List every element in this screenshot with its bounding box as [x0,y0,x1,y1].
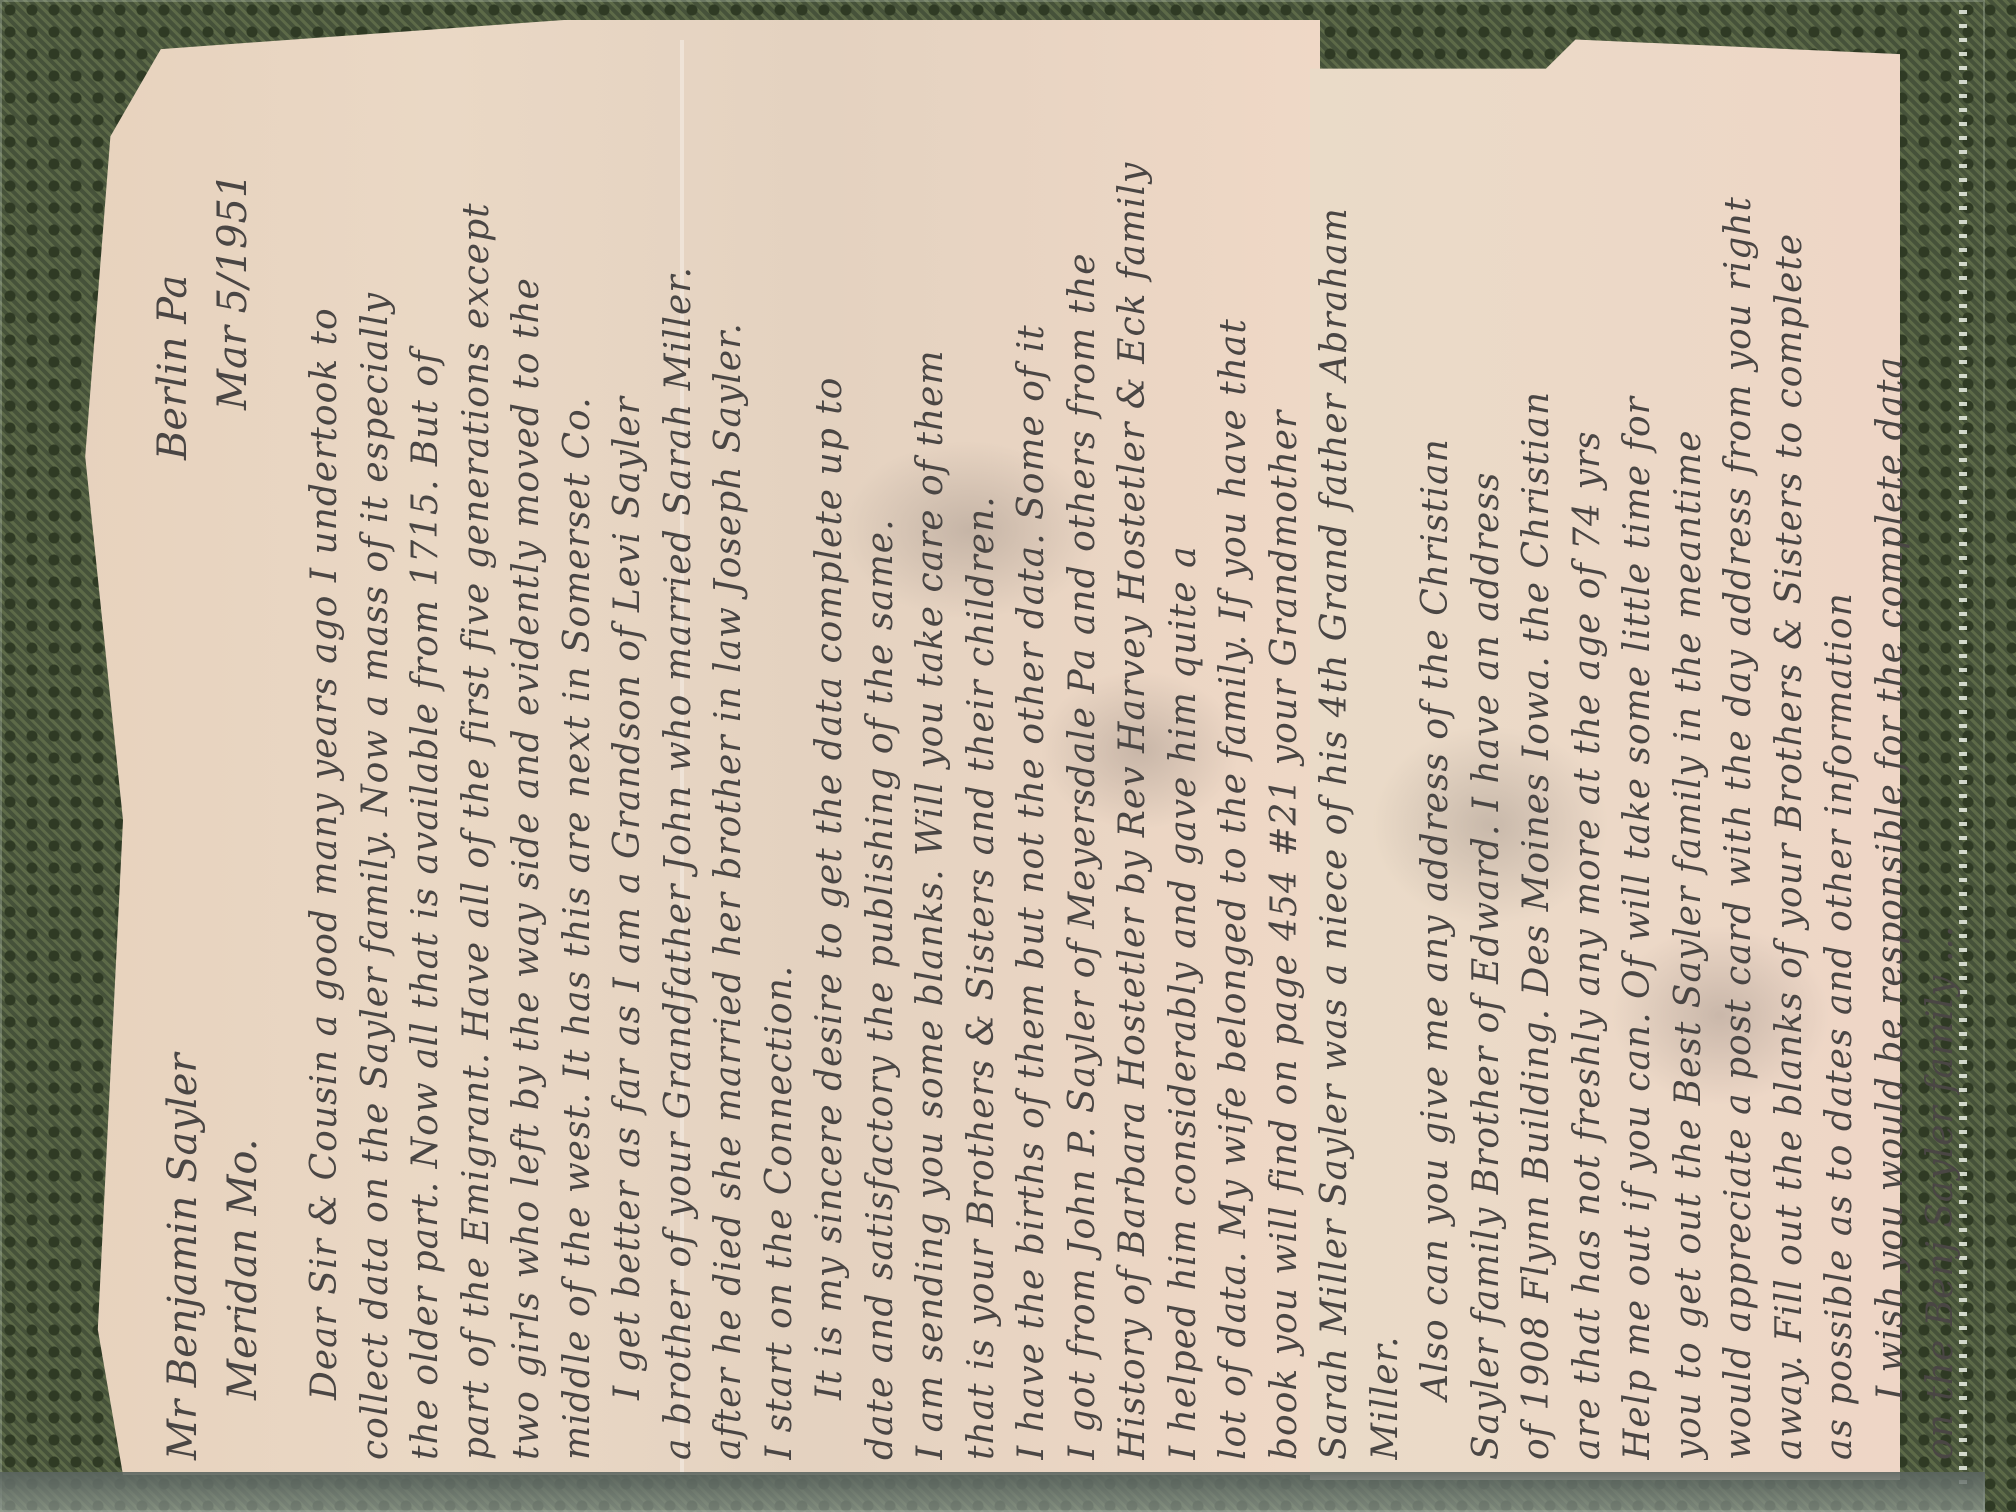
letter-place: Berlin Pa [150,275,196,460]
letter-line: I start on the Connection. [755,40,806,1460]
letter-line: Miller. [1361,40,1412,1460]
sleeve-bottom-edge [0,1472,1985,1512]
letter-line: History of Barbara Hostetler by Rev Harv… [1108,40,1159,1460]
letter-line: on the Benj Sayler family ... [1916,40,1967,1460]
letter-writing: Mr Benjamin Sayler Meridan Mo. Berlin Pa… [110,30,1940,1470]
letter-line: Also can you give me any address of the … [1411,40,1462,1460]
letter-line: Sayler family Brother of Edward. I have … [1462,40,1513,1460]
letter-line: I got from John P. Sayler of Meyersdale … [1058,40,1109,1460]
letter-line: that is your Brothers & Sisters and thei… [957,40,1008,1460]
letter-line: date and satisfactory the publishing of … [856,40,907,1460]
letter-line: I get better as far as I am a Grandson o… [603,40,654,1460]
letter-line: I am sending you some blanks. Will you t… [906,40,957,1460]
letter-line: lot of data. My wife belonged to the fam… [1209,40,1260,1460]
addressee-name: Mr Benjamin Sayler [160,1053,206,1460]
letter-line: I have the births of them but not the ot… [1007,40,1058,1460]
letter-line: I helped him considerably and gave him q… [1159,40,1210,1460]
letter-line: you to get out the Best Sayler family in… [1664,40,1715,1460]
letter-line: Dear Sir & Cousin a good many years ago … [300,40,351,1460]
letter-line: after he died she married her brother in… [704,40,755,1460]
letter-line: Sarah Miller Sayler was a niece of his 4… [1310,40,1361,1460]
letter-date: Mar 5/1951 [210,173,256,410]
letter-line: collect data on the Sayler family. Now a… [351,40,402,1460]
letter-line: would appreciate a post card with the da… [1714,40,1765,1460]
letter-line: middle of the west. It has this are next… [553,40,604,1460]
letter-line: of 1908 Flynn Building. Des Moines Iowa.… [1512,40,1563,1460]
letter-line: two girls who left by the way side and e… [502,40,553,1460]
letter-line: the older part. Now all that is availabl… [401,40,452,1460]
letter-body: Dear Sir & Cousin a good many years ago … [300,40,1967,1460]
letter-line: part of the Emigrant. Have all of the fi… [452,40,503,1460]
addressee-city: Meridan Mo. [220,1138,266,1400]
letter-line: I wish you would be responsible for the … [1866,40,1917,1460]
letter-line: It is my sincere desire to get the data … [805,40,856,1460]
letter-line: are that has not freshly any more at the… [1563,40,1614,1460]
letter-line: book you will find on page 454 #21 your … [1260,40,1311,1460]
letter-line: as possible as to dates and other inform… [1815,40,1866,1460]
letter-line: a brother of your Grandfather John who m… [654,40,705,1460]
letter-line: Help me out if you can. Of will take som… [1613,40,1664,1460]
letter-line: away. Fill out the blanks of your Brothe… [1765,40,1816,1460]
